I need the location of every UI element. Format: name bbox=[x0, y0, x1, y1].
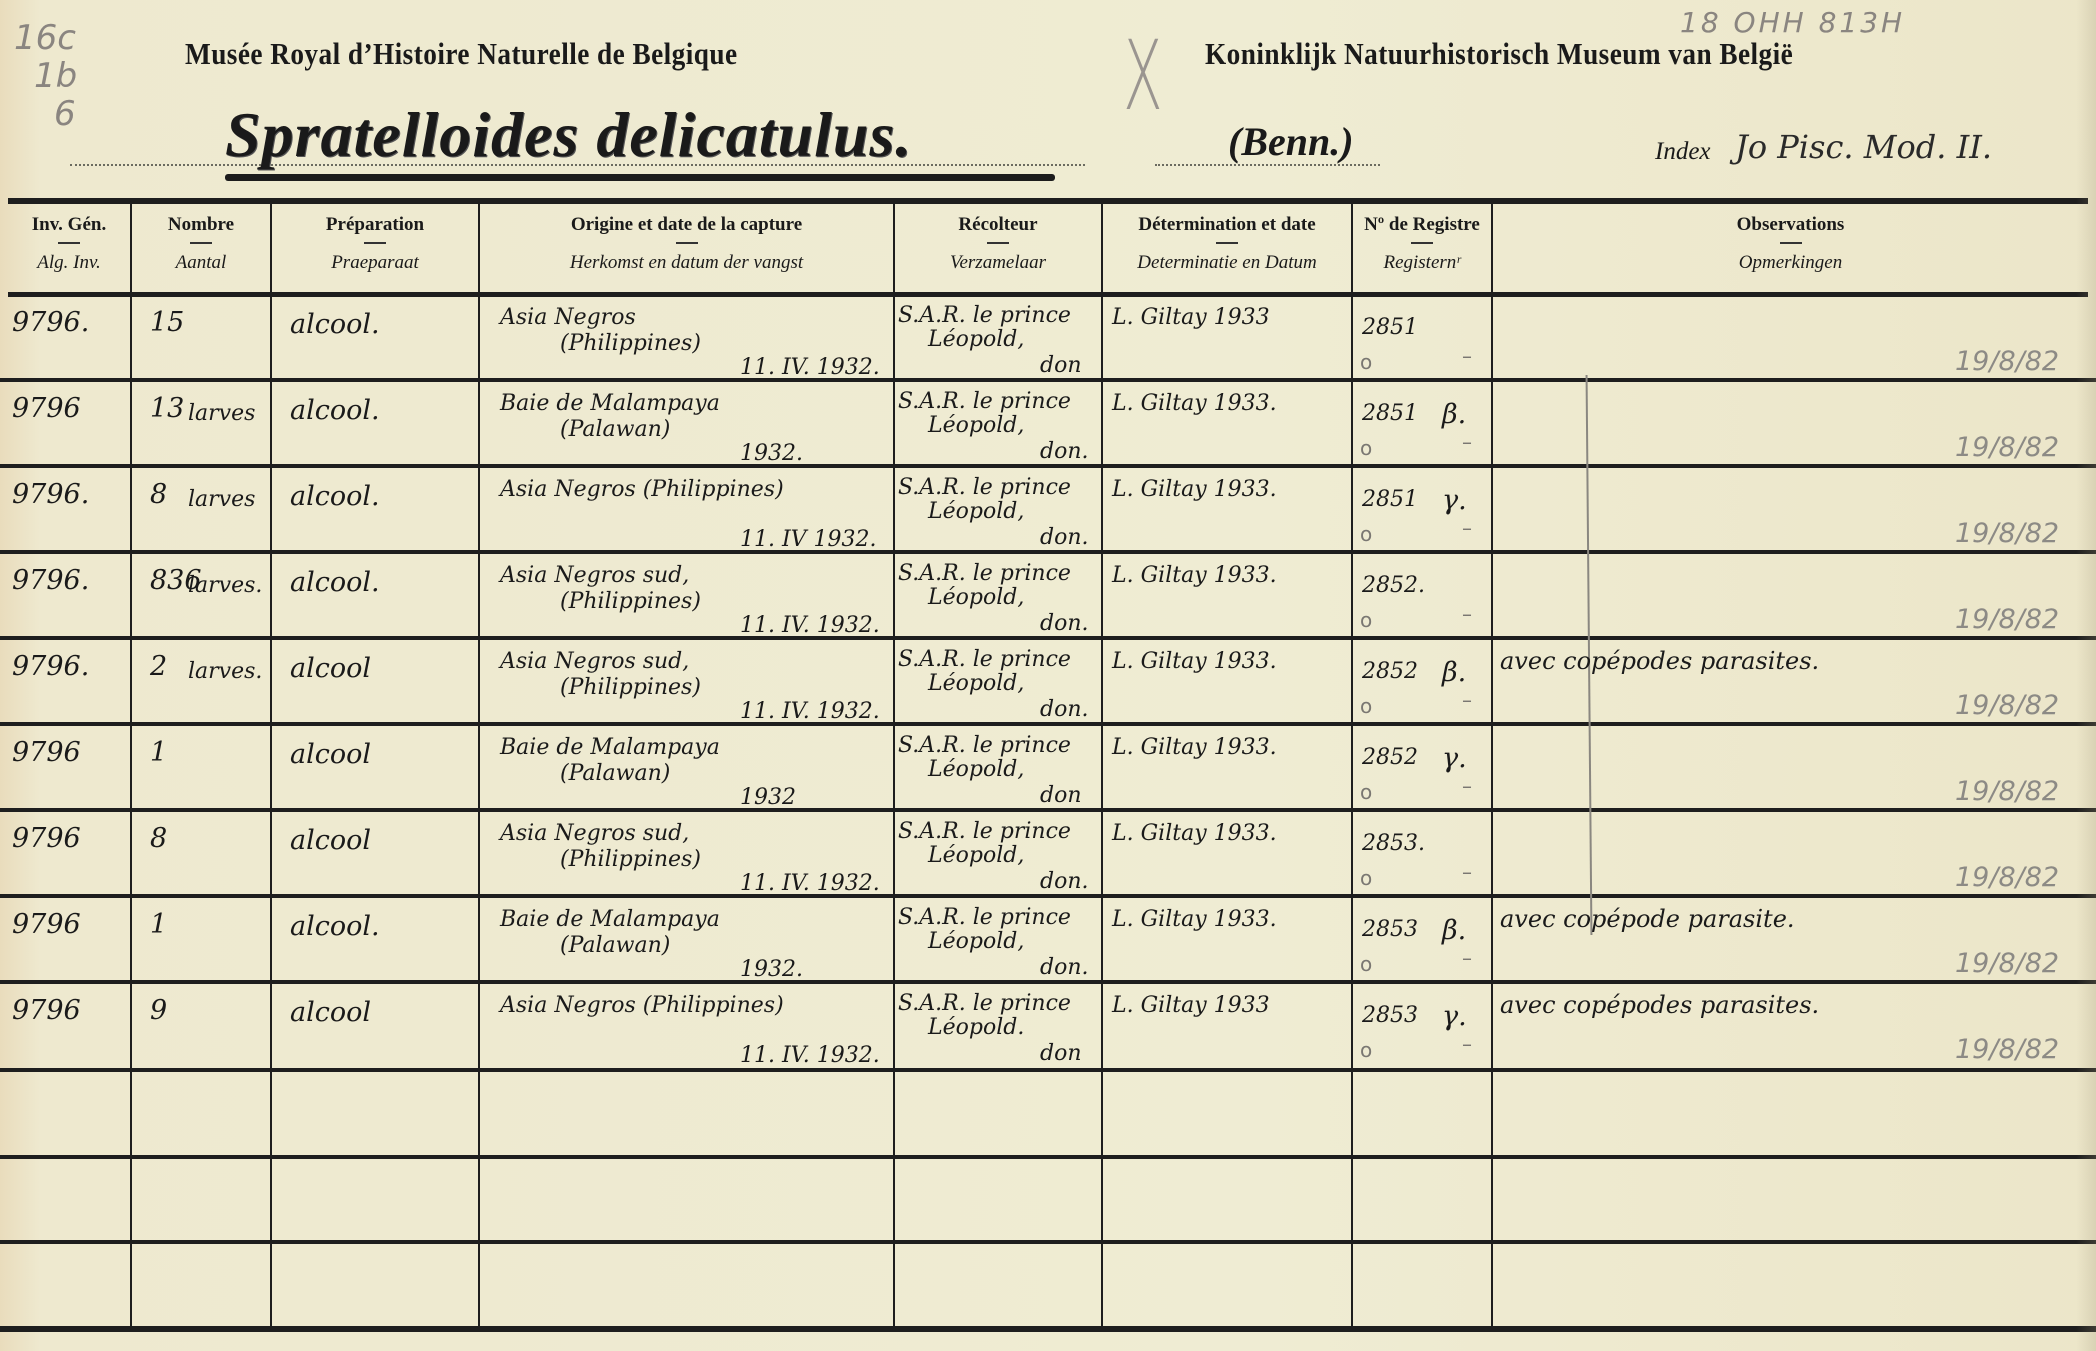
determination: L. Giltay 1933. bbox=[1112, 820, 1277, 847]
collector-line-3: don. bbox=[1040, 696, 1089, 723]
register-number: 2851 bbox=[1362, 400, 1418, 427]
header-dash bbox=[190, 242, 212, 244]
column-divider bbox=[130, 204, 132, 1326]
collector-line-3: don bbox=[1040, 352, 1082, 379]
determination: L. Giltay 1933 bbox=[1112, 992, 1270, 1019]
determination: L. Giltay 1933. bbox=[1112, 648, 1277, 675]
collector-line-3: don. bbox=[1040, 438, 1089, 465]
capture-date: 11. IV. 1932. bbox=[740, 698, 880, 725]
preparation: alcool bbox=[290, 826, 371, 856]
row-divider bbox=[0, 1068, 2096, 1072]
museum-name-dutch: Koninklijk Natuurhistorisch Museum van B… bbox=[1205, 36, 1793, 72]
header-dash bbox=[987, 242, 1009, 244]
preparation: alcool. bbox=[290, 568, 380, 598]
register-number: 2851 bbox=[1362, 314, 1418, 341]
collector-line-3: don bbox=[1040, 782, 1082, 809]
origin-locality: Asia Negros (Philippines) bbox=[500, 992, 784, 1019]
register-suffix: β. bbox=[1442, 400, 1466, 430]
column-header-collector: RécolteurVerzamelaar bbox=[895, 214, 1101, 274]
determination: L. Giltay 1933. bbox=[1112, 562, 1277, 589]
margin-note: 16c bbox=[14, 18, 77, 56]
collector-line-2: Léopold, bbox=[928, 756, 1024, 783]
header-dash bbox=[364, 242, 386, 244]
check-date: 19/8/82 bbox=[1955, 948, 2059, 979]
determination: L. Giltay 1933. bbox=[1112, 906, 1277, 933]
capture-date: 11. IV 1932. bbox=[740, 526, 877, 553]
header-nl: Aantal bbox=[132, 252, 270, 274]
inventory-number: 9796. bbox=[12, 652, 89, 682]
determination: L. Giltay 1933. bbox=[1112, 734, 1277, 761]
collector-line-2: Léopold, bbox=[928, 584, 1024, 611]
collector-line-3: don bbox=[1040, 1040, 1082, 1067]
header-nl: Registernʳ bbox=[1353, 252, 1491, 274]
collector-line-2: Léopold, bbox=[928, 842, 1024, 869]
check-date: 19/8/82 bbox=[1955, 862, 2059, 893]
register-pencil-mark: o bbox=[1360, 952, 1372, 976]
column-header-observations: ObservationsOpmerkingen bbox=[1493, 214, 2088, 274]
register-number: 2853 bbox=[1362, 1002, 1418, 1029]
check-date: 19/8/82 bbox=[1955, 518, 2059, 549]
register-number: 2853 bbox=[1362, 916, 1418, 943]
origin-locality: Baie de Malampaya bbox=[500, 734, 720, 761]
register-pencil-dash: – bbox=[1462, 1032, 1472, 1056]
inventory-number: 9796 bbox=[12, 996, 81, 1026]
check-date: 19/8/82 bbox=[1955, 604, 2059, 635]
row-divider bbox=[0, 1240, 2096, 1244]
collector-line-1: S.A.R. le prince bbox=[898, 560, 1071, 587]
determination: L. Giltay 1933. bbox=[1112, 390, 1277, 417]
specimen-count-note: larves. bbox=[188, 572, 262, 599]
specimen-count: 8 bbox=[150, 824, 167, 854]
header-nl: Alg. Inv. bbox=[8, 252, 130, 274]
species-underline bbox=[225, 174, 1055, 181]
species-name: Spratelloides delicatulus. bbox=[225, 98, 912, 172]
header-fr: Récolteur bbox=[895, 214, 1101, 242]
preparation: alcool. bbox=[290, 396, 380, 426]
index-value: Jo Pisc. Mod. II. bbox=[1735, 128, 1992, 166]
collector-line-2: Léopold, bbox=[928, 670, 1024, 697]
capture-date: 11. IV. 1932. bbox=[740, 870, 880, 897]
column-header-determination: Détermination et dateDeterminatie en Dat… bbox=[1103, 214, 1351, 274]
row-divider bbox=[0, 1155, 2096, 1159]
check-date: 19/8/82 bbox=[1955, 346, 2059, 377]
header-fr: Observations bbox=[1493, 214, 2088, 242]
preparation: alcool bbox=[290, 740, 371, 770]
collector-line-1: S.A.R. le prince bbox=[898, 904, 1071, 931]
specimen-count: 13 bbox=[150, 394, 184, 424]
header-fr: Origine et date de la capture bbox=[480, 214, 893, 242]
register-number: 2852 bbox=[1362, 744, 1418, 771]
origin-locality: Asia Negros sud, bbox=[500, 820, 689, 847]
collector-line-1: S.A.R. le prince bbox=[898, 646, 1071, 673]
observations: avec copépodes parasites. bbox=[1500, 648, 1819, 675]
register-number: 2851 bbox=[1362, 486, 1418, 513]
origin-locality: Asia Negros bbox=[500, 304, 636, 331]
collector-line-1: S.A.R. le prince bbox=[898, 388, 1071, 415]
museum-name-french: Musée Royal d’Histoire Naturelle de Belg… bbox=[185, 36, 738, 72]
header-dash bbox=[1780, 242, 1802, 244]
header-nl: Determinatie en Datum bbox=[1103, 252, 1351, 274]
preparation: alcool. bbox=[290, 912, 380, 942]
inventory-number: 9796 bbox=[12, 394, 81, 424]
check-date: 19/8/82 bbox=[1955, 776, 2059, 807]
capture-date: 1932. bbox=[740, 440, 803, 467]
register-number: 2852. bbox=[1362, 572, 1425, 599]
specimen-count-note: larves bbox=[188, 486, 255, 513]
header-nl: Verzamelaar bbox=[895, 252, 1101, 274]
specimen-count: 2 bbox=[150, 652, 167, 682]
table-bottom-rule bbox=[0, 1326, 2096, 1332]
column-divider bbox=[478, 204, 480, 1326]
collector-line-2: Léopold, bbox=[928, 498, 1024, 525]
collector-line-2: Léopold. bbox=[928, 1014, 1024, 1041]
register-suffix: γ. bbox=[1442, 1002, 1467, 1032]
header-nl: Herkomst en datum der vangst bbox=[480, 252, 893, 274]
column-divider bbox=[1491, 204, 1493, 1326]
origin-region: (Palawan) bbox=[560, 932, 670, 959]
determination: L. Giltay 1933. bbox=[1112, 476, 1277, 503]
card-edge-shadow bbox=[2076, 0, 2096, 1351]
origin-locality: Baie de Malampaya bbox=[500, 906, 720, 933]
origin-region: (Philippines) bbox=[560, 588, 701, 615]
preparation: alcool. bbox=[290, 482, 380, 512]
determination: L. Giltay 1933 bbox=[1112, 304, 1270, 331]
origin-locality: Baie de Malampaya bbox=[500, 390, 720, 417]
register-pencil-dash: – bbox=[1462, 344, 1472, 368]
register-pencil-mark: o bbox=[1360, 694, 1372, 718]
column-divider bbox=[893, 204, 895, 1326]
register-pencil-mark: o bbox=[1360, 1038, 1372, 1062]
check-date: 19/8/82 bbox=[1955, 690, 2059, 721]
header-fr: Préparation bbox=[272, 214, 478, 242]
collector-line-2: Léopold, bbox=[928, 928, 1024, 955]
inventory-number: 9796. bbox=[12, 308, 89, 338]
header-nl: Praeparaat bbox=[272, 252, 478, 274]
observations: avec copépodes parasites. bbox=[1500, 992, 1819, 1019]
capture-date: 1932. bbox=[740, 956, 803, 983]
register-suffix: γ. bbox=[1442, 744, 1467, 774]
register-suffix: β. bbox=[1442, 916, 1466, 946]
register-pencil-mark: o bbox=[1360, 780, 1372, 804]
header-dash bbox=[1411, 242, 1433, 244]
register-number: 2852 bbox=[1362, 658, 1418, 685]
capture-date: 1932 bbox=[740, 784, 796, 811]
origin-region: (Philippines) bbox=[560, 674, 701, 701]
register-pencil-dash: – bbox=[1462, 516, 1472, 540]
register-pencil-mark: o bbox=[1360, 350, 1372, 374]
origin-locality: Asia Negros (Philippines) bbox=[500, 476, 784, 503]
preparation: alcool bbox=[290, 998, 371, 1028]
register-pencil-dash: – bbox=[1462, 602, 1472, 626]
species-author: (Benn.) bbox=[1228, 118, 1354, 165]
header-dash bbox=[1216, 242, 1238, 244]
column-header-register: Nº de RegistreRegisternʳ bbox=[1353, 214, 1491, 274]
origin-region: (Palawan) bbox=[560, 416, 670, 443]
column-divider bbox=[1351, 204, 1353, 1326]
register-pencil-dash: – bbox=[1462, 688, 1472, 712]
register-pencil-mark: o bbox=[1360, 608, 1372, 632]
accession-number: 18 OHH 813H bbox=[1680, 6, 1905, 39]
collector-line-1: S.A.R. le prince bbox=[898, 818, 1071, 845]
header-fr: Inv. Gén. bbox=[8, 214, 130, 242]
collector-line-1: S.A.R. le prince bbox=[898, 302, 1071, 329]
collector-line-3: don. bbox=[1040, 524, 1089, 551]
header-bottom-rule bbox=[8, 292, 2088, 297]
column-header-inv: Inv. Gén.Alg. Inv. bbox=[8, 214, 130, 274]
origin-region: (Philippines) bbox=[560, 330, 701, 357]
origin-locality: Asia Negros sud, bbox=[500, 648, 689, 675]
register-suffix: γ. bbox=[1442, 486, 1467, 516]
column-divider bbox=[1101, 204, 1103, 1326]
margin-pencil-notes: 16c 1b 6 bbox=[14, 18, 77, 132]
cross-mark-icon: X bbox=[1123, 28, 1162, 124]
origin-region: (Palawan) bbox=[560, 760, 670, 787]
margin-note: 6 bbox=[14, 94, 77, 132]
inventory-number: 9796 bbox=[12, 738, 81, 768]
collector-line-3: don. bbox=[1040, 868, 1089, 895]
collector-line-1: S.A.R. le prince bbox=[898, 474, 1071, 501]
register-pencil-dash: – bbox=[1462, 860, 1472, 884]
header-dash bbox=[676, 242, 698, 244]
register-pencil-mark: o bbox=[1360, 522, 1372, 546]
specimen-count-note: larves bbox=[188, 400, 255, 427]
column-header-preparation: PréparationPraeparaat bbox=[272, 214, 478, 274]
header-fr: Nombre bbox=[132, 214, 270, 242]
register-pencil-dash: – bbox=[1462, 774, 1472, 798]
preparation: alcool. bbox=[290, 310, 380, 340]
collector-line-3: don. bbox=[1040, 954, 1089, 981]
header-fr: Détermination et date bbox=[1103, 214, 1351, 242]
specimen-catalog-card: 16c 1b 6 18 OHH 813H X Musée Royal d’His… bbox=[0, 0, 2096, 1351]
check-date: 19/8/82 bbox=[1955, 1034, 2059, 1065]
margin-note: 1b bbox=[14, 56, 77, 94]
collector-line-3: don. bbox=[1040, 610, 1089, 637]
column-header-origin: Origine et date de la captureHerkomst en… bbox=[480, 214, 893, 274]
register-pencil-dash: – bbox=[1462, 946, 1472, 970]
specimen-count: 15 bbox=[150, 308, 184, 338]
collector-line-2: Léopold, bbox=[928, 326, 1024, 353]
origin-region: (Philippines) bbox=[560, 846, 701, 873]
origin-locality: Asia Negros sud, bbox=[500, 562, 689, 589]
check-date: 19/8/82 bbox=[1955, 432, 2059, 463]
observations: avec copépode parasite. bbox=[1500, 906, 1795, 933]
inventory-number: 9796 bbox=[12, 910, 81, 940]
header-dash bbox=[58, 242, 80, 244]
specimen-count: 8 bbox=[150, 480, 167, 510]
capture-date: 11. IV. 1932. bbox=[740, 612, 880, 639]
column-divider bbox=[270, 204, 272, 1326]
header-nl: Opmerkingen bbox=[1493, 252, 2088, 274]
register-suffix: β. bbox=[1442, 658, 1466, 688]
specimen-count: 1 bbox=[150, 738, 167, 768]
collector-line-1: S.A.R. le prince bbox=[898, 732, 1071, 759]
register-pencil-dash: – bbox=[1462, 430, 1472, 454]
capture-date: 11. IV. 1932. bbox=[740, 354, 880, 381]
specimen-count-note: larves. bbox=[188, 658, 262, 685]
header-fr: Nº de Registre bbox=[1353, 214, 1491, 242]
register-pencil-mark: o bbox=[1360, 436, 1372, 460]
capture-date: 11. IV. 1932. bbox=[740, 1042, 880, 1069]
inventory-number: 9796. bbox=[12, 566, 89, 596]
inventory-number: 9796. bbox=[12, 480, 89, 510]
specimen-count: 1 bbox=[150, 910, 167, 940]
register-pencil-mark: o bbox=[1360, 866, 1372, 890]
preparation: alcool bbox=[290, 654, 371, 684]
collector-line-1: S.A.R. le prince bbox=[898, 990, 1071, 1017]
specimen-count: 9 bbox=[150, 996, 167, 1026]
collector-line-2: Léopold, bbox=[928, 412, 1024, 439]
register-number: 2853. bbox=[1362, 830, 1425, 857]
inventory-number: 9796 bbox=[12, 824, 81, 854]
column-header-nombre: NombreAantal bbox=[132, 214, 270, 274]
table-top-rule bbox=[8, 198, 2088, 204]
index-label: Index bbox=[1655, 138, 1711, 166]
